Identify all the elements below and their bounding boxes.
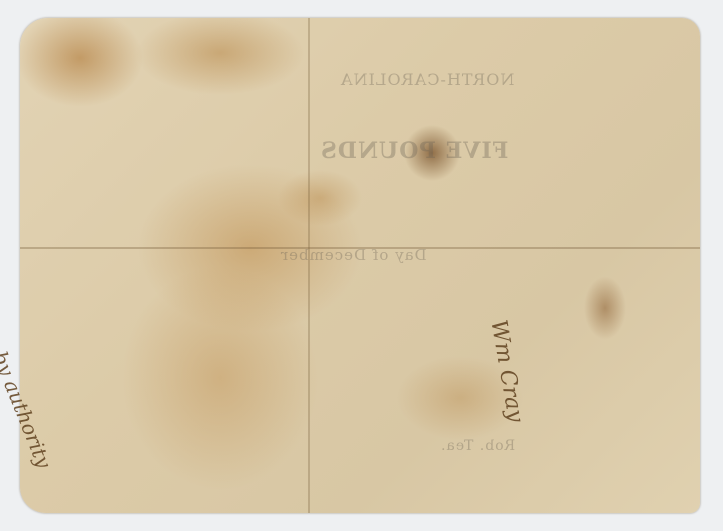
banknote-back: NORTH-CAROLINA FIVE POUNDS Day of Decemb… [20, 18, 700, 513]
bleed-through-denomination: FIVE POUNDS [320, 138, 508, 164]
bleed-through-date: Day of December [280, 246, 427, 264]
right-handwritten-signature: Wm Cray [485, 318, 528, 424]
bleed-through-signer: Rob. Tea. [440, 438, 515, 454]
vertical-fold-crease [308, 18, 310, 513]
left-handwritten-signature: by authority [0, 348, 56, 472]
bleed-through-heading: NORTH-CAROLINA [340, 70, 514, 89]
